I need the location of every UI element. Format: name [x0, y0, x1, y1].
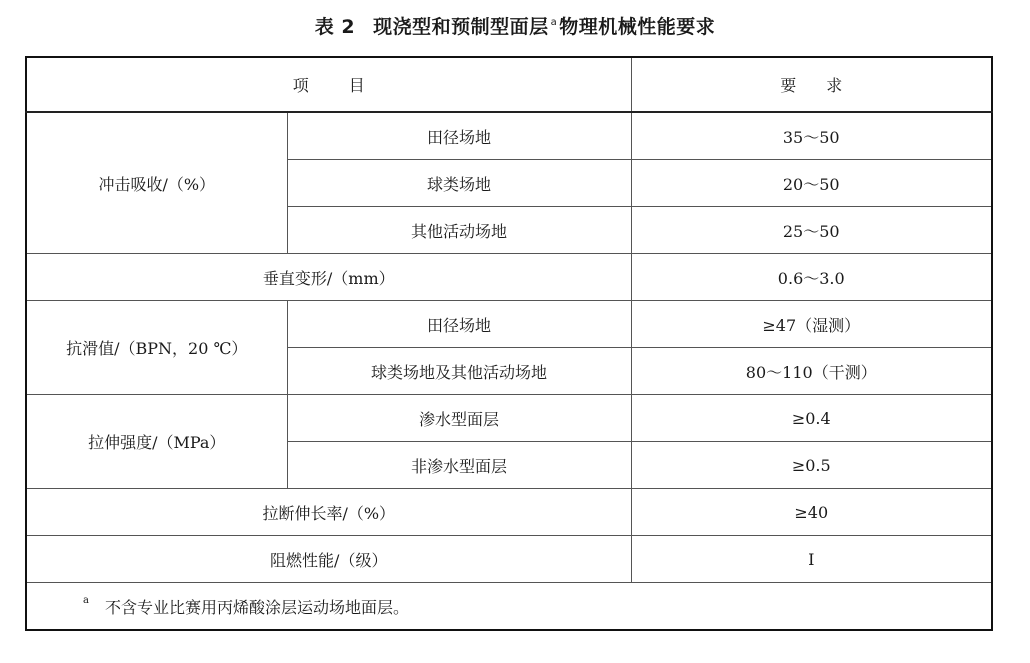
requirement-value: ≥47（湿测）: [631, 301, 992, 348]
subitem-label: 球类场地: [287, 160, 631, 207]
header-item: 项目: [26, 57, 631, 112]
subitem-label: 田径场地: [287, 112, 631, 160]
requirement-value: 25～50: [631, 207, 992, 254]
footnote-mark: a: [83, 595, 89, 606]
footnote-text: 不含专业比赛用丙烯酸涂层运动场地面层。: [105, 598, 409, 617]
title-text-part2: 物理机械性能要求: [559, 16, 715, 38]
subitem-label: 田径场地: [287, 301, 631, 348]
subitem-label: 非渗水型面层: [287, 442, 631, 489]
header-requirement: 要求: [631, 57, 992, 112]
group-label-vertical-deformation: 垂直变形/（mm）: [26, 254, 631, 301]
requirements-table: 项目 要求 冲击吸收/（%） 田径场地 35～50 球类场地 20～50 其他活…: [25, 56, 993, 631]
table-row: 阻燃性能/（级） I: [26, 536, 992, 583]
group-label-tensile-strength: 拉伸强度/（MPa）: [26, 395, 287, 489]
subitem-label: 渗水型面层: [287, 395, 631, 442]
header-req-char1: 要: [780, 76, 796, 95]
requirement-value: 35～50: [631, 112, 992, 160]
header-item-char1: 项: [293, 76, 309, 95]
table-title: 表 2现浇型和预制型面层a物理机械性能要求: [0, 12, 1030, 39]
requirement-value: ≥40: [631, 489, 992, 536]
header-req-char2: 求: [826, 76, 842, 95]
subitem-label: 其他活动场地: [287, 207, 631, 254]
title-note-mark: a: [551, 17, 558, 28]
table-row: 拉断伸长率/（%） ≥40: [26, 489, 992, 536]
group-label-elongation: 拉断伸长率/（%）: [26, 489, 631, 536]
requirement-value: ≥0.5: [631, 442, 992, 489]
title-text-part1: 现浇型和预制型面层: [373, 16, 549, 38]
requirement-value: 80～110（干测）: [631, 348, 992, 395]
footnote-row: a 不含专业比赛用丙烯酸涂层运动场地面层。: [26, 583, 992, 631]
requirement-value: 20～50: [631, 160, 992, 207]
group-label-flame-retardancy: 阻燃性能/（级）: [26, 536, 631, 583]
table-row: 抗滑值/（BPN，20 ℃） 田径场地 ≥47（湿测）: [26, 301, 992, 348]
subitem-label: 球类场地及其他活动场地: [287, 348, 631, 395]
table-row: 拉伸强度/（MPa） 渗水型面层 ≥0.4: [26, 395, 992, 442]
group-label-slip-resistance: 抗滑值/（BPN，20 ℃）: [26, 301, 287, 395]
footnote: a 不含专业比赛用丙烯酸涂层运动场地面层。: [26, 583, 992, 631]
requirement-value: ≥0.4: [631, 395, 992, 442]
requirement-value: 0.6～3.0: [631, 254, 992, 301]
group-label-impact: 冲击吸收/（%）: [26, 112, 287, 254]
header-row: 项目 要求: [26, 57, 992, 112]
table-number: 表 2: [315, 16, 355, 38]
table-row: 垂直变形/（mm） 0.6～3.0: [26, 254, 992, 301]
requirement-value: I: [631, 536, 992, 583]
header-item-char2: 目: [349, 76, 365, 95]
table-row: 冲击吸收/（%） 田径场地 35～50: [26, 112, 992, 160]
